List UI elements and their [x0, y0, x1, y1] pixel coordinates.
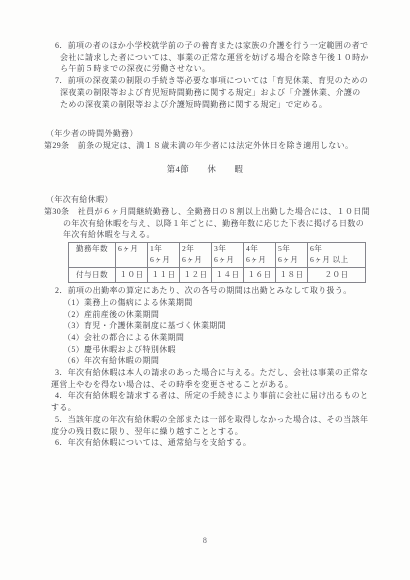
period-top: 4年 [246, 244, 273, 254]
leave-table-period-cell: 5年 6ヶ月 [276, 243, 308, 268]
period-bottom: 6ヶ月 [246, 255, 273, 265]
leave-table-service-years-label: 勤務年数 [69, 243, 116, 268]
period-top: 6ヶ月 [118, 244, 145, 254]
clause3-line-2: 運営上やむを得ない場合は、その時季を変更させることがある。 [0, 379, 410, 391]
clause6-line-2: 会社に請求した者については、事業の正常な運営を妨げる場合を除き午後１０時か [0, 52, 410, 64]
leave-days-value: ２０日 [308, 268, 366, 283]
clause6-line-1: 6．前項の者のほか小学校就学前の子の養育または家族の介護を行う一定範囲の者で [0, 40, 410, 52]
annual-leave-table: 勤務年数 6ヶ月 1年 6ヶ月 2年 6ヶ月 3年 6ヶ月 4年 6ヶ月 [68, 242, 366, 283]
clause7-line-1: 7．前項の深夜業の制限の手続き等必要な事項については「育児休業、育児のための [0, 75, 410, 87]
article30-line-3: 年次有給休暇を与える。 [0, 229, 410, 241]
period-bottom: 6ヶ月 [214, 255, 241, 265]
leave-table-period-cell: 4年 6ヶ月 [244, 243, 276, 268]
leave-table-header-row: 勤務年数 6ヶ月 1年 6ヶ月 2年 6ヶ月 3年 6ヶ月 4年 6ヶ月 [69, 243, 366, 268]
clause2-sub-4: （4）会社の都合による休業期間 [0, 332, 410, 344]
leave-table-days-row: 付与日数 １０日 １１日 １２日 １４日 １６日 １８日 ２０日 [69, 268, 366, 283]
period-top: 2年 [182, 244, 209, 254]
clause4-line-2: する。 [0, 402, 410, 414]
clause2-sub-5: （5）慶弔休暇および特別休暇 [0, 344, 410, 356]
period-top: 5年 [278, 244, 305, 254]
clause2-sub-6: （6）年次有給休暇の期間 [0, 355, 410, 367]
clause2-sub-2: （2）産前産後の休業期間 [0, 309, 410, 321]
clause7-line-3: ための深夜業の制限等および介護短時間勤務に関する規定」で定める。 [0, 99, 410, 111]
article29-heading: （年少者の時間外勤務） [0, 128, 410, 140]
leave-table-period-cell: 1年 6ヶ月 [148, 243, 180, 268]
leave-days-value: １０日 [116, 268, 148, 283]
period-bottom: 6ヶ月 以上 [310, 255, 363, 265]
document-page: 6．前項の者のほか小学校就学前の子の養育または家族の介護を行う一定範囲の者で 会… [0, 0, 410, 580]
leave-table-period-cell: 6ヶ月 [116, 243, 148, 268]
page-number: 8 [0, 536, 410, 545]
leave-table-period-cell: 3年 6ヶ月 [212, 243, 244, 268]
article30-heading: （年次有給休暇） [0, 194, 410, 206]
clause2-sub-1: （1）業務上の傷病による休業期間 [0, 297, 410, 309]
clause3-line-1: 3．年次有給休暇は本人の請求のあった場合に与える。ただし、会社は事業の正常な [0, 367, 410, 379]
clause5-line-2: 度分の残日数に限り、翌年に繰り越すこととする。 [0, 426, 410, 438]
article30-line-2: の年次有給休暇を与え、以降１年ごとに、勤務年数に応じた下表に掲げる日数の [0, 218, 410, 230]
clause2-text: 2．前項の出勤率の算定にあたり、次の各号の期間は出勤とみなして取り扱う。 [0, 285, 410, 297]
section-title: 第4節 休 暇 [0, 164, 410, 176]
period-top: 3年 [214, 244, 241, 254]
leave-table-period-cell: 6年 6ヶ月 以上 [308, 243, 366, 268]
clause7-line-2: 深夜業の制限等および育児短時間勤務に関する規定」および「介護休業、介護の [0, 87, 410, 99]
clause2-sub-3: （3）育児・介護休業制度に基づく休業期間 [0, 320, 410, 332]
period-bottom: 6ヶ月 [150, 255, 177, 265]
article29-text: 第29条 前条の規定は、満１８歳未満の年少者には法定外休日を除き適用しない。 [0, 140, 410, 152]
clause6b-text: 6．年次有給休暇については、通常給与を支給する。 [0, 437, 410, 449]
leave-days-value: １１日 [148, 268, 180, 283]
period-bottom: 6ヶ月 [182, 255, 209, 265]
article30-line-1: 第30条 社員が６ヶ月間継続勤務し、全勤務日の８割以上出勤した場合には、１０日間 [0, 206, 410, 218]
period-top: 1年 [150, 244, 177, 254]
clause4-line-1: 4．年次有給休暇を請求する者は、所定の手続きにより事前に会社に届け出るものと [0, 390, 410, 402]
clause5-line-1: 5．当該年度の年次有給休暇の全部または一部を取得しなかった場合は、その当該年 [0, 414, 410, 426]
period-top: 6年 [310, 244, 363, 254]
leave-days-value: １６日 [244, 268, 276, 283]
leave-table-granted-days-label: 付与日数 [69, 268, 116, 283]
clause6-line-3: ら午前５時までの深夜に労働させない。 [0, 63, 410, 75]
leave-days-value: １４日 [212, 268, 244, 283]
leave-table-period-cell: 2年 6ヶ月 [180, 243, 212, 268]
period-bottom: 6ヶ月 [278, 255, 305, 265]
leave-days-value: １２日 [180, 268, 212, 283]
leave-days-value: １８日 [276, 268, 308, 283]
